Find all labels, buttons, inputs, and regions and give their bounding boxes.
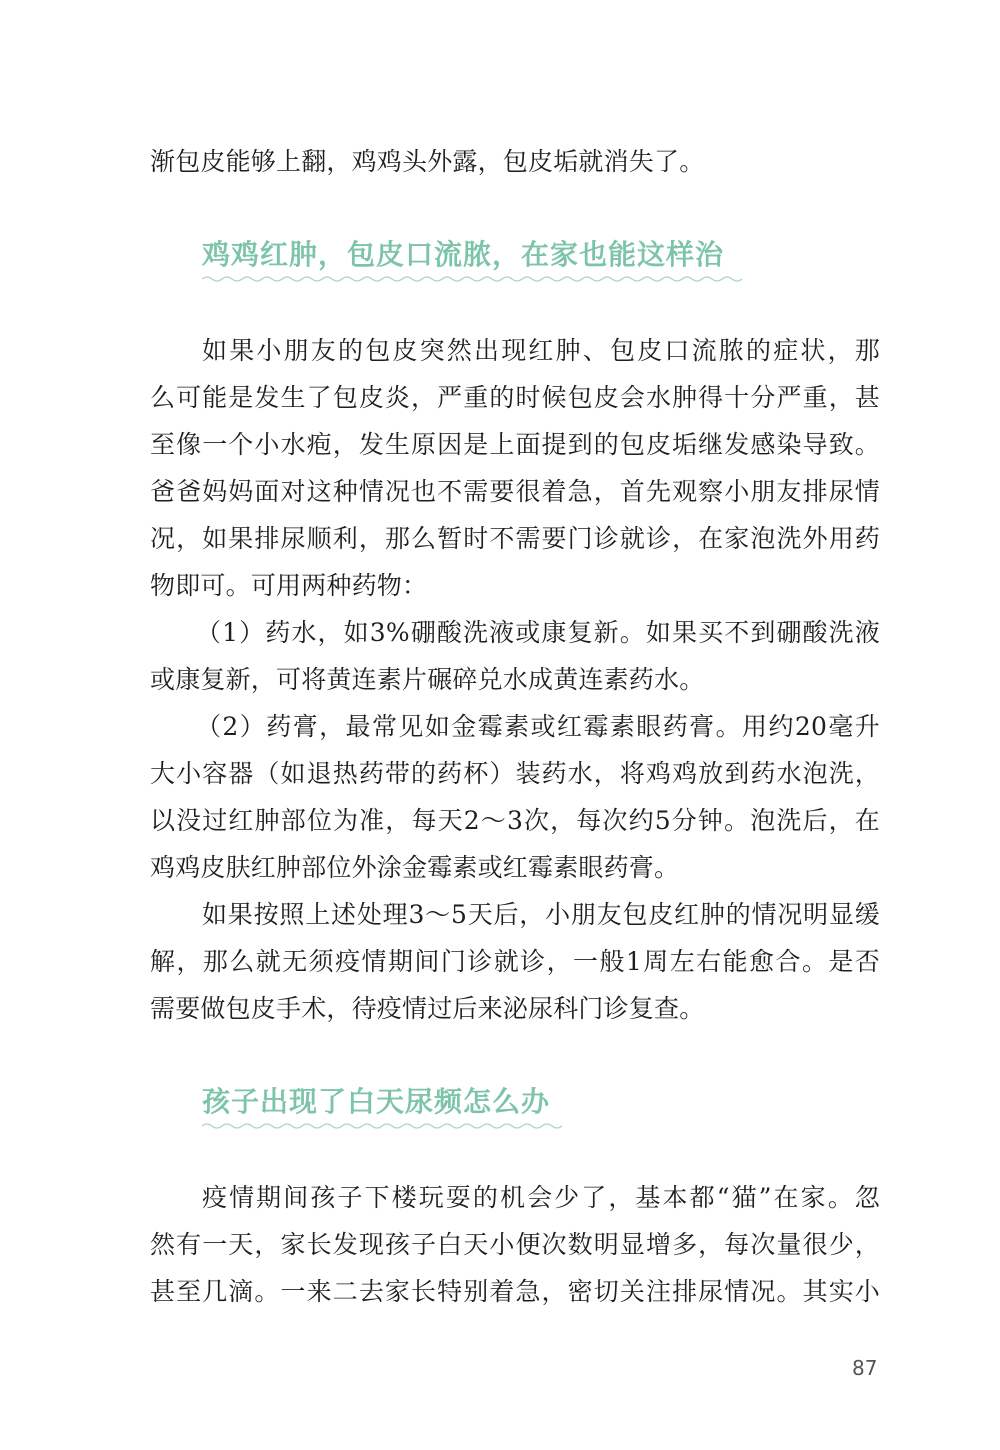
body-text-line: （1）药水，如3%硼酸洗液或康复新。如果买不到硼酸洗液 bbox=[196, 618, 880, 648]
body-text-line: 如果按照上述处理3～5天后，小朋友包皮红肿的情况明显缓 bbox=[202, 900, 880, 930]
body-text-line: 渐包皮能够上翻，鸡鸡头外露，包皮垢就消失了。 bbox=[150, 147, 880, 177]
book-page: 渐包皮能够上翻，鸡鸡头外露，包皮垢就消失了。 鸡鸡红肿，包皮口流脓，在家也能这样… bbox=[0, 0, 1000, 1450]
body-text-line: 物即可。可用两种药物： bbox=[150, 571, 880, 601]
section-heading: 鸡鸡红肿，包皮口流脓，在家也能这样治 bbox=[202, 238, 724, 272]
body-text-line: 以没过红肿部位为准，每天2～3次，每次约5分钟。泡洗后，在 bbox=[150, 806, 880, 836]
body-text-line: 么可能是发生了包皮炎，严重的时候包皮会水肿得十分严重，甚 bbox=[150, 383, 880, 413]
body-text-line: 解，那么就无须疫情期间门诊就诊，一般1周左右能愈合。是否 bbox=[150, 947, 880, 977]
body-text-line: 甚至几滴。一来二去家长特别着急，密切关注排尿情况。其实小 bbox=[150, 1277, 880, 1307]
body-text-line: 如果小朋友的包皮突然出现红肿、包皮口流脓的症状，那 bbox=[202, 336, 880, 366]
page-number: 87 bbox=[852, 1356, 877, 1380]
section-heading: 孩子出现了白天尿频怎么办 bbox=[202, 1085, 550, 1119]
wavy-underline-icon bbox=[202, 275, 747, 283]
body-text-line: 爸爸妈妈面对这种情况也不需要很着急，首先观察小朋友排尿情 bbox=[150, 477, 880, 507]
wavy-underline-icon bbox=[202, 1122, 567, 1130]
body-text-line: 需要做包皮手术，待疫情过后来泌尿科门诊复查。 bbox=[150, 994, 880, 1024]
body-text-line: 疫情期间孩子下楼玩耍的机会少了，基本都“猫”在家。忽 bbox=[202, 1183, 880, 1213]
body-text-line: 大小容器（如退热药带的药杯）装药水，将鸡鸡放到药水泡洗， bbox=[150, 759, 880, 789]
body-text-line: 况，如果排尿顺利，那么暂时不需要门诊就诊，在家泡洗外用药 bbox=[150, 524, 880, 554]
body-text-line: 或康复新，可将黄连素片碾碎兑水成黄连素药水。 bbox=[150, 665, 880, 695]
body-text-line: （2）药膏，最常见如金霉素或红霉素眼药膏。用约20毫升 bbox=[196, 712, 880, 742]
body-text-line: 鸡鸡皮肤红肿部位外涂金霉素或红霉素眼药膏。 bbox=[150, 853, 880, 883]
body-text-line: 然有一天，家长发现孩子白天小便次数明显增多，每次量很少， bbox=[150, 1230, 880, 1260]
body-text-line: 至像一个小水疱，发生原因是上面提到的包皮垢继发感染导致。 bbox=[150, 430, 880, 460]
